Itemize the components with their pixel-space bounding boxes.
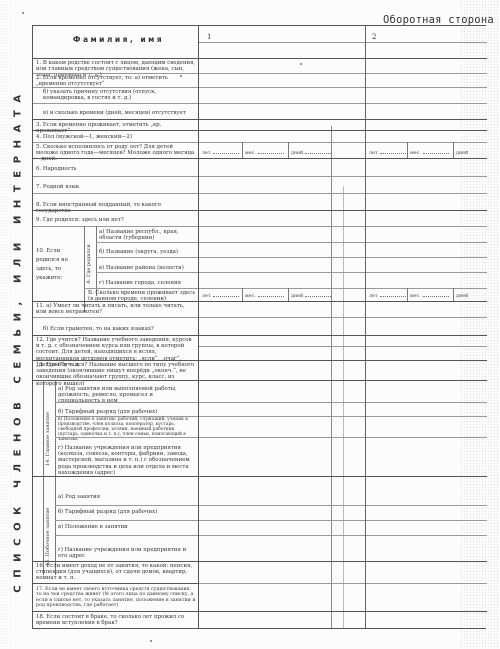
divider [366,119,487,120]
divider [366,402,487,403]
divider [366,272,487,273]
divider [366,87,487,88]
question-16: 16. Если имеет доход не от занятия, то к… [36,563,196,582]
question-6: 6. Народность [36,166,196,172]
age-days-label: дней [456,151,487,161]
question-10b: б) Название (округа, уезда) [99,249,195,255]
divider [33,103,198,104]
side-title-text: СПИСОК ЧЛЕНОВ СЕМЬИ, ИЛИ ИНТЕРНАТА [13,87,24,592]
question-10a: а) Название республ., края, области (губ… [99,229,195,241]
person-1-number: 1 [207,33,211,41]
divider [366,583,487,584]
divider [33,119,198,120]
divider [366,130,487,131]
divider [366,476,487,477]
divider [199,73,365,74]
divider [199,437,365,438]
divider [407,142,408,158]
divider [55,380,56,476]
divider [33,583,198,584]
question-2a: 2. Если временно отсутствует, то: а) отм… [36,75,196,87]
residence-months-label: мес. [245,294,284,299]
divider [366,42,487,43]
divider [199,476,365,477]
divider [453,288,454,301]
question-14d: г) Название учреждения или предприятия (… [58,445,196,476]
divider [96,226,97,296]
question-11b: б) Если грамотен, то на каких языках? [43,326,196,332]
question-15d: г) Название учреждения или предприятия и… [58,547,196,559]
divider [366,142,487,143]
divider [55,520,198,521]
divider [366,416,487,417]
divider [199,380,365,381]
residence-years-label: лет [369,294,406,299]
divider [242,142,243,158]
question-15b: б) Тарифный разряд (для рабочих) [58,509,196,515]
divider [199,87,365,88]
divider [366,611,487,612]
divider [366,360,487,361]
question-15c: в) Положение в занятии [58,524,196,530]
divider [33,335,198,336]
divider [366,301,487,302]
age-years-label: лет [202,151,239,156]
divider [366,176,487,177]
divider [407,288,408,301]
paper-speck [180,75,182,77]
divider [366,193,487,194]
question-7: 7. Родной язык [36,184,196,190]
divider [199,272,365,273]
divider [199,317,365,318]
question-14-label: 14. Главное занятие [45,412,51,466]
residence-years-label: лет [202,294,239,299]
age-days-label: дней [291,151,331,156]
residence-months-label: мес. [410,294,449,299]
divider [33,301,198,302]
divider [242,288,243,301]
divider [33,476,198,477]
question-10c: в) Название района (волости) [99,265,195,271]
question-2c: в) и сколько времени (дней, месяцев) отс… [43,110,196,116]
census-form-page: Оборотная сторона СПИСОК ЧЛЕНОВ СЕМЬИ, И… [0,0,500,649]
question-9: 9. Где родился: здесь или нет? [36,217,196,223]
divider [199,130,365,131]
divider [199,142,365,143]
divider [199,416,365,417]
divider [33,130,198,131]
divider [366,317,487,318]
question-14c: в) Положение в занятии: рабочий, служащи… [58,417,196,442]
question-3: 3. Если временно проживает, отметить „вр… [36,122,196,134]
divider [366,242,487,243]
census-form-table: Фамилия, имя 1. В каком родстве состоит … [32,25,486,629]
divider [366,210,487,211]
question-5: 5. Сколько исполнилось от роду лет? Для … [36,144,196,163]
divider [33,158,198,159]
person-1-column: 1 лет мес. дней [199,26,366,628]
person-2-column: 2 лет мес. дней лет мес [366,26,487,628]
divider [288,288,289,301]
divider [84,226,85,312]
question-13: 13. Где обучался? Название высшего по ти… [36,362,196,387]
divider [366,520,487,521]
divider [366,335,487,336]
divider [33,226,198,227]
divider [199,242,365,243]
divider [199,210,365,211]
divider [199,301,365,302]
residence-days-label: дней [291,294,331,299]
divider [33,360,198,361]
question-15a: а) Род занятия [58,494,196,500]
question-10-where-label: А. Где родился [86,244,92,284]
divider [199,360,365,361]
name-header-cell: Фамилия, имя [33,26,199,58]
divider [199,520,365,521]
paper-speck [150,640,152,642]
divider [33,87,198,88]
divider [199,226,365,227]
question-18: 18. Если состоит в браке, то сколько лет… [36,614,196,626]
divider [55,505,198,506]
person-2-number: 2 [372,33,376,41]
divider [33,561,198,562]
question-10d: г) Название города, селения [99,280,195,286]
divider [199,535,365,536]
divider [33,58,198,59]
divider [366,505,487,506]
divider [331,126,332,628]
paper-speck [22,12,24,14]
question-11a: 11. а) Умеет ли читать и писать, или тол… [36,303,196,315]
paper-speck [300,63,302,65]
name-header-label: Фамилия, имя [73,35,164,44]
age-months-label: мес. [410,151,449,156]
divider [199,583,365,584]
divider [199,505,365,506]
divider [33,73,198,74]
question-15-label: 15. Побочное занятие [45,508,51,566]
questions-column: Фамилия, имя 1. В каком родстве состоит … [33,26,199,628]
divider [366,288,487,289]
divider [199,58,365,59]
divider [33,317,198,318]
divider [199,176,365,177]
divider [199,257,365,258]
divider [33,210,198,211]
divider [33,380,198,381]
divider [96,272,198,273]
divider [199,119,365,120]
divider [366,380,487,381]
divider [33,176,198,177]
divider [366,103,487,104]
divider [55,437,198,438]
divider [199,402,365,403]
divider [199,193,365,194]
divider [366,58,487,59]
divider [96,257,198,258]
divider [55,535,198,536]
divider [33,611,198,612]
divider [366,561,487,562]
divider [199,103,365,104]
divider [199,158,365,159]
divider [288,142,289,158]
divider [453,142,454,158]
divider [366,73,487,74]
question-8: 8. Если иностранный подданный, то какого… [36,202,196,214]
side-title: СПИСОК ЧЛЕНОВ СЕМЬИ, ИЛИ ИНТЕРНАТА [8,80,28,600]
residence-days-label: дней [456,294,487,304]
question-14b: б) Тарифный разряд (для рабочих) [58,409,196,415]
divider [199,335,365,336]
divider [199,611,365,612]
divider [366,346,487,347]
divider [366,437,487,438]
divider [199,346,365,347]
divider [199,42,365,43]
divider [199,288,365,289]
divider [199,561,365,562]
divider [84,288,198,289]
question-10: 10. Если родился не здесь, то укажите: [36,247,82,283]
divider [366,257,487,258]
divider [33,142,198,143]
age-months-label: мес. [245,151,284,156]
divider [43,380,44,476]
question-4: 4. Пол (мужской—1, женский—2) [36,134,196,140]
divider [366,535,487,536]
question-17: 17. Если не имеет своего источника средс… [36,587,196,609]
divider [366,226,487,227]
question-2b: б) указать причину отсутствия (отпуск, к… [43,89,196,101]
divider [366,158,487,159]
divider [33,193,198,194]
divider [96,242,198,243]
age-years-label: лет [369,151,406,156]
divider [55,402,198,403]
